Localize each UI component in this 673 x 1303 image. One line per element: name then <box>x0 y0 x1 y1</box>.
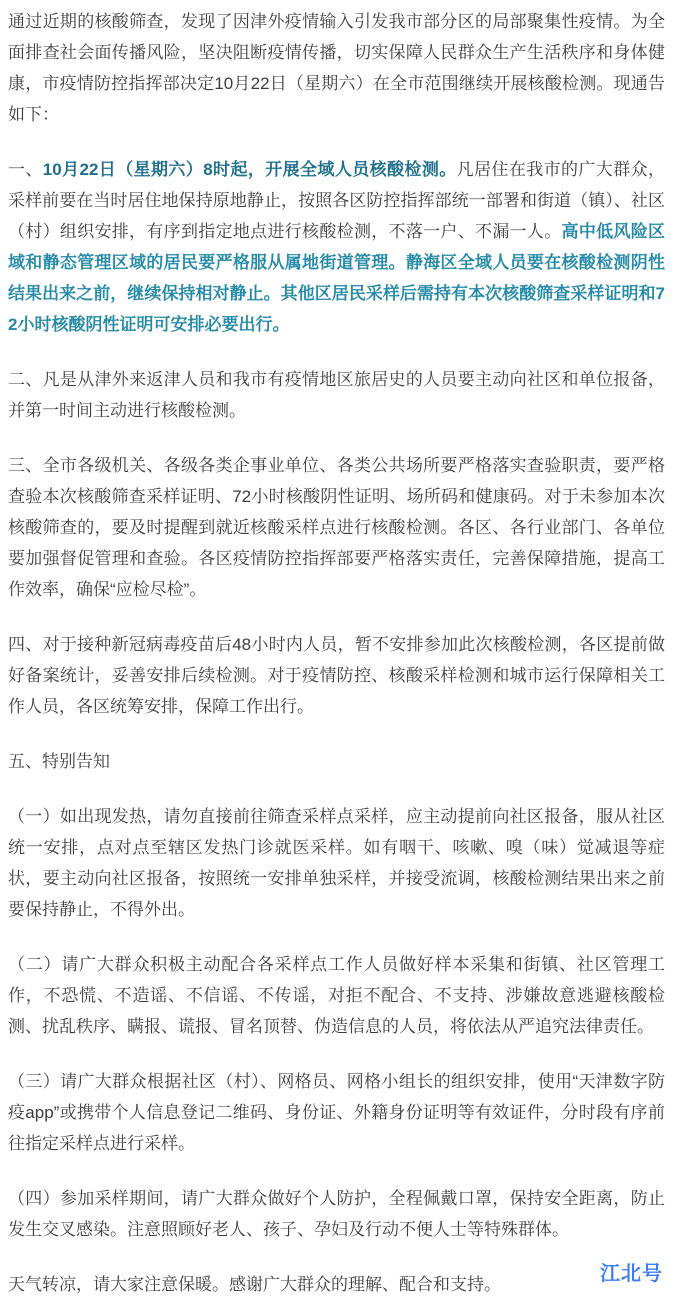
closing-row: 天气转凉，请大家注意保暖。感谢广大群众的理解、配合和支持。 江北号 <box>8 1269 665 1300</box>
intro-paragraph: 通过近期的核酸筛查，发现了因津外疫情输入引发我市部分区的局部聚集性疫情。为全面排… <box>8 6 665 130</box>
intro-text: 通过近期的核酸筛查，发现了因津外疫情输入引发我市部分区的局部聚集性疫情。为全面排… <box>8 12 665 124</box>
notice-item-1-paragraph: （一）如出现发热，请勿直接前往筛查采样点采样，应主动提前向社区报备，服从社区统一… <box>8 801 665 925</box>
section-1-bold-lead: 10月22日（星期六）8时起，开展全域人员核酸检测。 <box>43 160 457 179</box>
section-1-marker: 一、 <box>8 160 43 179</box>
section-2-text: 二、凡是从津外来返津人员和我市有疫情地区旅居史的人员要主动向社区和单位报备，并第… <box>8 370 665 420</box>
section-4-paragraph: 四、对于接种新冠病毒疫苗后48小时内人员，暂不安排参加此次核酸检测，各区提前做好… <box>8 629 665 722</box>
section-1-paragraph: 一、10月22日（星期六）8时起，开展全域人员核酸检测。凡居住在我市的广大群众，… <box>8 154 665 340</box>
section-3-text: 三、全市各级机关、各级各类企事业单位、各类公共场所要严格落实查验职责，要严格查验… <box>8 456 665 599</box>
epidemic-notice-article: 通过近期的核酸筛查，发现了因津外疫情输入引发我市部分区的局部聚集性疫情。为全面排… <box>0 0 673 1300</box>
closing-text: 天气转凉，请大家注意保暖。感谢广大群众的理解、配合和支持。 <box>8 1275 501 1294</box>
closing-paragraph: 天气转凉，请大家注意保暖。感谢广大群众的理解、配合和支持。 <box>8 1269 665 1300</box>
section-5-text: 五、特别告知 <box>8 752 110 771</box>
notice-item-4-paragraph: （四）参加采样期间，请广大群众做好个人防护，全程佩戴口罩，保持安全距离，防止发生… <box>8 1183 665 1245</box>
notice-item-3-paragraph: （三）请广大群众根据社区（村）、网格员、网格小组长的组织安排，使用“天津数字防疫… <box>8 1066 665 1159</box>
section-5-heading: 五、特别告知 <box>8 746 665 777</box>
watermark-jiangbeihao: 江北号 <box>600 1259 663 1290</box>
notice-item-3-text: （三）请广大群众根据社区（村）、网格员、网格小组长的组织安排，使用“天津数字防疫… <box>8 1072 665 1153</box>
notice-item-2-text: （二）请广大群众积极主动配合各采样点工作人员做好样本采集和街镇、社区管理工作，不… <box>8 955 665 1036</box>
notice-item-1-text: （一）如出现发热，请勿直接前往筛查采样点采样，应主动提前向社区报备，服从社区统一… <box>8 807 665 919</box>
section-4-text: 四、对于接种新冠病毒疫苗后48小时内人员，暂不安排参加此次核酸检测，各区提前做好… <box>8 635 665 716</box>
notice-item-4-text: （四）参加采样期间，请广大群众做好个人防护，全程佩戴口罩，保持安全距离，防止发生… <box>8 1189 665 1239</box>
notice-item-2-paragraph: （二）请广大群众积极主动配合各采样点工作人员做好样本采集和街镇、社区管理工作，不… <box>8 949 665 1042</box>
section-3-paragraph: 三、全市各级机关、各级各类企事业单位、各类公共场所要严格落实查验职责，要严格查验… <box>8 450 665 605</box>
section-2-paragraph: 二、凡是从津外来返津人员和我市有疫情地区旅居史的人员要主动向社区和单位报备，并第… <box>8 364 665 426</box>
